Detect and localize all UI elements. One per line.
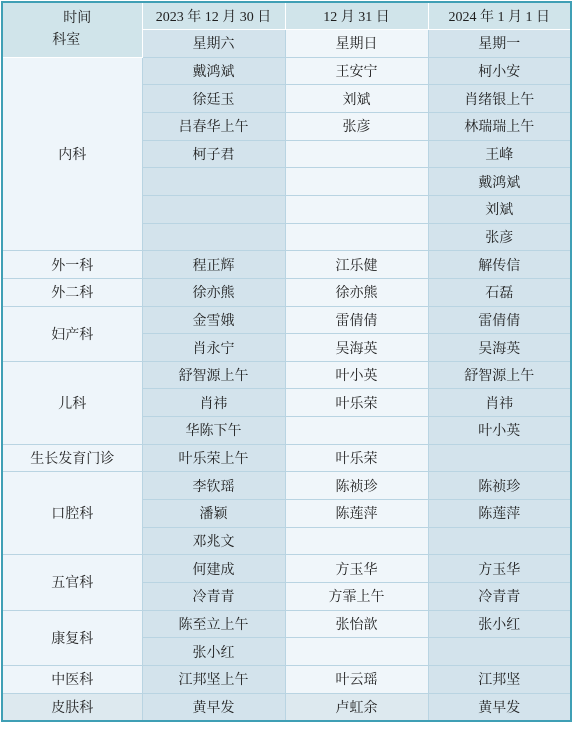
doctor-cell: 华陈下午: [142, 417, 285, 445]
doctor-cell: [285, 223, 428, 251]
date-header-cell: 2024 年 1 月 1 日: [428, 2, 571, 30]
doctor-cell: 何建成: [142, 555, 285, 583]
doctor-cell: 叶云瑶: [285, 665, 428, 693]
doctor-cell: 江邦坚: [428, 665, 571, 693]
doctor-cell: 石磊: [428, 278, 571, 306]
table-row: 生长发育门诊 叶乐荣上午 叶乐荣: [2, 444, 571, 472]
department-cell: 康复科: [2, 610, 142, 665]
weekday-cell: 星期日: [285, 30, 428, 58]
doctor-cell: [285, 140, 428, 168]
department-cell: 儿科: [2, 361, 142, 444]
department-cell: 内科: [2, 57, 142, 250]
doctor-cell: 肖永宁: [142, 334, 285, 362]
doctor-cell: [428, 444, 571, 472]
doctor-cell: 潘颖: [142, 500, 285, 528]
corner-label-department: 科室: [5, 30, 128, 52]
table-row: 中医科 江邦坚上午 叶云瑶 江邦坚: [2, 665, 571, 693]
doctor-cell: 徐亦熊: [142, 278, 285, 306]
doctor-cell: 叶小英: [428, 417, 571, 445]
doctor-cell: 陈莲萍: [285, 500, 428, 528]
doctor-cell: 陈莲萍: [428, 500, 571, 528]
doctor-cell: 舒智源上午: [428, 361, 571, 389]
doctor-cell: [142, 168, 285, 196]
doctor-cell: [285, 417, 428, 445]
header-row-dates: 时间 科室 2023 年 12 月 30 日 12 月 31 日 2024 年 …: [2, 2, 571, 30]
doctor-cell: 雷倩倩: [428, 306, 571, 334]
doctor-cell: 刘斌: [285, 85, 428, 113]
department-cell: 妇产科: [2, 306, 142, 361]
department-cell: 中医科: [2, 665, 142, 693]
doctor-cell: [142, 195, 285, 223]
doctor-cell: 叶乐荣: [285, 389, 428, 417]
doctor-cell: 程正辉: [142, 251, 285, 279]
doctor-cell: 吴海英: [428, 334, 571, 362]
doctor-cell: 柯小安: [428, 57, 571, 85]
doctor-cell: 王峰: [428, 140, 571, 168]
table-row: 五官科 何建成 方玉华 方玉华: [2, 555, 571, 583]
doctor-cell: 王安宁: [285, 57, 428, 85]
doctor-cell: 陈祯珍: [428, 472, 571, 500]
doctor-cell: 冷青青: [428, 582, 571, 610]
doctor-cell: 张彦: [428, 223, 571, 251]
doctor-cell: 吴海英: [285, 334, 428, 362]
department-cell: 皮肤科: [2, 693, 142, 721]
doctor-cell: [285, 195, 428, 223]
table-row: 皮肤科 黄早发 卢虹余 黄早发: [2, 693, 571, 721]
table-row: 儿科 舒智源上午 叶小英 舒智源上午: [2, 361, 571, 389]
doctor-cell: 方玉华: [285, 555, 428, 583]
doctor-cell: 金雪娥: [142, 306, 285, 334]
doctor-cell: 刘斌: [428, 195, 571, 223]
date-header-cell: 12 月 31 日: [285, 2, 428, 30]
table-row: 外二科 徐亦熊 徐亦熊 石磊: [2, 278, 571, 306]
doctor-cell: 张小红: [428, 610, 571, 638]
doctor-cell: 徐亦熊: [285, 278, 428, 306]
doctor-cell: 江邦坚上午: [142, 665, 285, 693]
doctor-cell: 陈至立上午: [142, 610, 285, 638]
table-row: 内科 戴鸿斌 王安宁 柯小安: [2, 57, 571, 85]
doctor-cell: 邓兆文: [142, 527, 285, 555]
department-cell: 口腔科: [2, 472, 142, 555]
doctor-cell: 戴鸿斌: [142, 57, 285, 85]
doctor-cell: [428, 638, 571, 666]
doctor-cell: 黄早发: [142, 693, 285, 721]
doctor-cell: 黄早发: [428, 693, 571, 721]
doctor-cell: 张小红: [142, 638, 285, 666]
doctor-cell: 肖绪银上午: [428, 85, 571, 113]
weekday-cell: 星期一: [428, 30, 571, 58]
doctor-cell: [285, 168, 428, 196]
doctor-cell: 陈祯珍: [285, 472, 428, 500]
doctor-cell: 方霏上午: [285, 582, 428, 610]
corner-label-time: 时间: [15, 8, 140, 30]
doctor-cell: [285, 527, 428, 555]
doctor-cell: 解传信: [428, 251, 571, 279]
doctor-cell: 肖祎: [142, 389, 285, 417]
doctor-cell: [142, 223, 285, 251]
doctor-cell: 柯子君: [142, 140, 285, 168]
doctor-cell: 林瑞瑞上午: [428, 113, 571, 141]
doctor-cell: 张彦: [285, 113, 428, 141]
doctor-cell: 叶乐荣上午: [142, 444, 285, 472]
corner-header-cell: 时间 科室: [2, 2, 142, 57]
doctor-cell: 肖祎: [428, 389, 571, 417]
table-row: 妇产科 金雪娥 雷倩倩 雷倩倩: [2, 306, 571, 334]
doctor-cell: 舒智源上午: [142, 361, 285, 389]
department-cell: 外二科: [2, 278, 142, 306]
table-row: 口腔科 李钦瑶 陈祯珍 陈祯珍: [2, 472, 571, 500]
department-cell: 五官科: [2, 555, 142, 610]
page: 时间 科室 2023 年 12 月 30 日 12 月 31 日 2024 年 …: [0, 0, 572, 729]
doctor-cell: [285, 638, 428, 666]
schedule-table: 时间 科室 2023 年 12 月 30 日 12 月 31 日 2024 年 …: [1, 1, 572, 722]
department-cell: 生长发育门诊: [2, 444, 142, 472]
date-header-cell: 2023 年 12 月 30 日: [142, 2, 285, 30]
weekday-cell: 星期六: [142, 30, 285, 58]
doctor-cell: 冷青青: [142, 582, 285, 610]
doctor-cell: 戴鸿斌: [428, 168, 571, 196]
doctor-cell: 卢虹余: [285, 693, 428, 721]
doctor-cell: 李钦瑶: [142, 472, 285, 500]
doctor-cell: 叶小英: [285, 361, 428, 389]
doctor-cell: 吕春华上午: [142, 113, 285, 141]
doctor-cell: 徐廷玉: [142, 85, 285, 113]
department-cell: 外一科: [2, 251, 142, 279]
doctor-cell: 雷倩倩: [285, 306, 428, 334]
doctor-cell: 江乐健: [285, 251, 428, 279]
doctor-cell: [428, 527, 571, 555]
doctor-cell: 张怡歆: [285, 610, 428, 638]
doctor-cell: 叶乐荣: [285, 444, 428, 472]
doctor-cell: 方玉华: [428, 555, 571, 583]
table-row: 外一科 程正辉 江乐健 解传信: [2, 251, 571, 279]
table-row: 康复科 陈至立上午 张怡歆 张小红: [2, 610, 571, 638]
